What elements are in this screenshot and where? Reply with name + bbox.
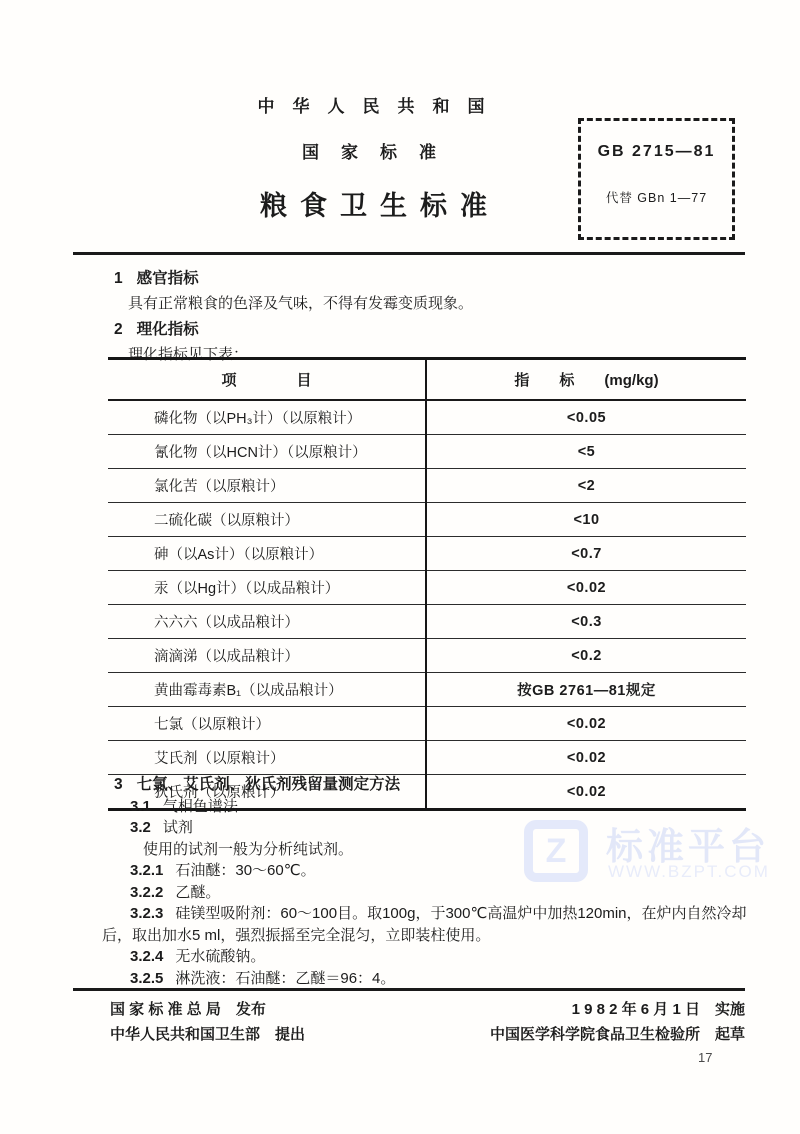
section3-number: 3 [114, 776, 123, 793]
item-cell: 二硫化碳（以原粮计） [108, 503, 426, 537]
value-cell: 按GB 2761—81规定 [426, 673, 746, 707]
item-cell: 滴滴涕（以成品粮计） [108, 639, 426, 673]
footer-proposer: 中华人民共和国卫生部 提出 [110, 1023, 305, 1044]
table-row: 二硫化碳（以原粮计） <10 [108, 503, 746, 537]
section3-item-number: 3.2.2 [130, 884, 163, 901]
value-cell: <5 [426, 435, 746, 469]
table-row: 艾氏剂（以原粮计） <0.02 [108, 741, 746, 775]
table-row: 氰化物（以HCN计）（以原粮计） <5 [108, 435, 746, 469]
limits-table: 项 目 指 标 (mg/kg) 磷化物（以PH₃计）（以原粮计） <0.05 氰… [108, 357, 746, 811]
table-row: 黄曲霉毒素B₁（以成品粮计） 按GB 2761—81规定 [108, 673, 746, 707]
table-row: 汞（以Hg计）（以成品粮计） <0.02 [108, 571, 746, 605]
section3-item-text: 石油醚：30～60℃。 [175, 862, 315, 879]
value-cell: <0.2 [426, 639, 746, 673]
section3-item-number: 3.2.4 [130, 948, 163, 965]
section2-title: 理化指标 [137, 321, 199, 338]
section3-item-text: 使用的试剂一般为分析纯试剂。 [143, 841, 353, 858]
value-cell: <0.3 [426, 605, 746, 639]
header-rule [73, 252, 745, 255]
item-cell: 氰化物（以HCN计）（以原粮计） [108, 435, 426, 469]
section3-item-text: 淋洗液：石油醚：乙醚＝96：4。 [175, 970, 395, 987]
section3-item-text: 乙醚。 [175, 884, 220, 901]
section3-item-number: 3.2.5 [130, 970, 163, 987]
section3-heading: 3七氯、艾氏剂、狄氏剂残留量测定方法 [73, 774, 748, 796]
section3-item-text: 气相色谱法 [163, 798, 238, 815]
section3-item-number: 3.1 [130, 798, 151, 815]
section3-item: 3.2.1石油醚：30～60℃。 [73, 860, 748, 882]
value-cell: <0.02 [426, 707, 746, 741]
section3-item: 3.2.5淋洗液：石油醚：乙醚＝96：4。 [73, 968, 748, 990]
value-cell: <10 [426, 503, 746, 537]
document-page: Z 标准平台 WWW.BZPT.COM 中华人民共和国 国家标准 粮食卫生标准 … [0, 0, 800, 1134]
section3-item: 3.2试剂 [73, 817, 748, 839]
footer-implementation-date: 1 9 8 2 年 6 月 1 日 实施 [572, 998, 745, 1019]
page-number: 17 [698, 1050, 712, 1065]
footer-issuer: 国 家 标 准 总 局 发布 [110, 998, 266, 1019]
section3-item-number: 3.2.1 [130, 862, 163, 879]
section3-item-text: 试剂 [163, 819, 193, 836]
table-body: 磷化物（以PH₃计）（以原粮计） <0.05 氰化物（以HCN计）（以原粮计） … [108, 400, 746, 810]
item-cell: 氯化苦（以原粮计） [108, 469, 426, 503]
item-cell: 黄曲霉毒素B₁（以成品粮计） [108, 673, 426, 707]
section3-item: 3.1气相色谱法 [73, 796, 748, 818]
item-cell: 艾氏剂（以原粮计） [108, 741, 426, 775]
section3-item-number: 3.2 [130, 819, 151, 836]
table-row: 氯化苦（以原粮计） <2 [108, 469, 746, 503]
item-cell: 七氯（以原粮计） [108, 707, 426, 741]
value-cell: <0.02 [426, 571, 746, 605]
section3-item-text: 无水硫酸钠。 [175, 948, 265, 965]
footer-rule [73, 988, 745, 991]
table-row: 磷化物（以PH₃计）（以原粮计） <0.05 [108, 400, 746, 435]
section1-heading: 1感官指标 [114, 266, 199, 288]
section1-number: 1 [114, 270, 123, 287]
table-header-row: 项 目 指 标 (mg/kg) [108, 359, 746, 401]
section2-number: 2 [114, 321, 123, 338]
section1-title: 感官指标 [137, 270, 199, 287]
section3: 3七氯、艾氏剂、狄氏剂残留量测定方法 3.1气相色谱法 3.2试剂 使用的试剂一… [73, 774, 748, 989]
value-cell: <2 [426, 469, 746, 503]
section3-item: 3.2.3硅镁型吸附剂：60～100目。取100g，于300℃高温炉中加热120… [73, 903, 748, 946]
footer-drafter: 中国医学科学院食品卫生检验所 起草 [490, 1023, 745, 1044]
table-row: 七氯（以原粮计） <0.02 [108, 707, 746, 741]
col-header-value: 指 标 (mg/kg) [426, 359, 746, 401]
header-country: 中华人民共和国 [0, 92, 760, 117]
item-cell: 六六六（以成品粮计） [108, 605, 426, 639]
value-cell: <0.05 [426, 400, 746, 435]
section3-items: 3.1气相色谱法 3.2试剂 使用的试剂一般为分析纯试剂。 3.2.1石油醚：3… [73, 796, 748, 990]
section3-title: 七氯、艾氏剂、狄氏剂残留量测定方法 [137, 776, 401, 793]
section3-item: 3.2.2乙醚。 [73, 882, 748, 904]
standard-code: GB 2715—81 [581, 143, 732, 161]
section3-item: 使用的试剂一般为分析纯试剂。 [73, 839, 748, 861]
table-row: 六六六（以成品粮计） <0.3 [108, 605, 746, 639]
col-header-item: 项 目 [108, 359, 426, 401]
item-cell: 汞（以Hg计）（以成品粮计） [108, 571, 426, 605]
item-cell: 砷（以As计）（以原粮计） [108, 537, 426, 571]
section2-heading: 2理化指标 [114, 317, 199, 339]
item-cell: 磷化物（以PH₃计）（以原粮计） [108, 400, 426, 435]
table-row: 砷（以As计）（以原粮计） <0.7 [108, 537, 746, 571]
section3-item-text: 硅镁型吸附剂：60～100目。取100g，于300℃高温炉中加热120min，在… [102, 905, 747, 944]
value-cell: <0.02 [426, 741, 746, 775]
value-cell: <0.7 [426, 537, 746, 571]
section3-item-number: 3.2.3 [130, 905, 163, 922]
table-row: 滴滴涕（以成品粮计） <0.2 [108, 639, 746, 673]
section1-body: 具有正常粮食的色泽及气味，不得有发霉变质现象。 [128, 292, 473, 313]
section3-item: 3.2.4无水硫酸钠。 [73, 946, 748, 968]
standard-replaces: 代替 GBn 1—77 [581, 188, 732, 206]
standard-code-box: GB 2715—81 代替 GBn 1—77 [578, 118, 735, 240]
